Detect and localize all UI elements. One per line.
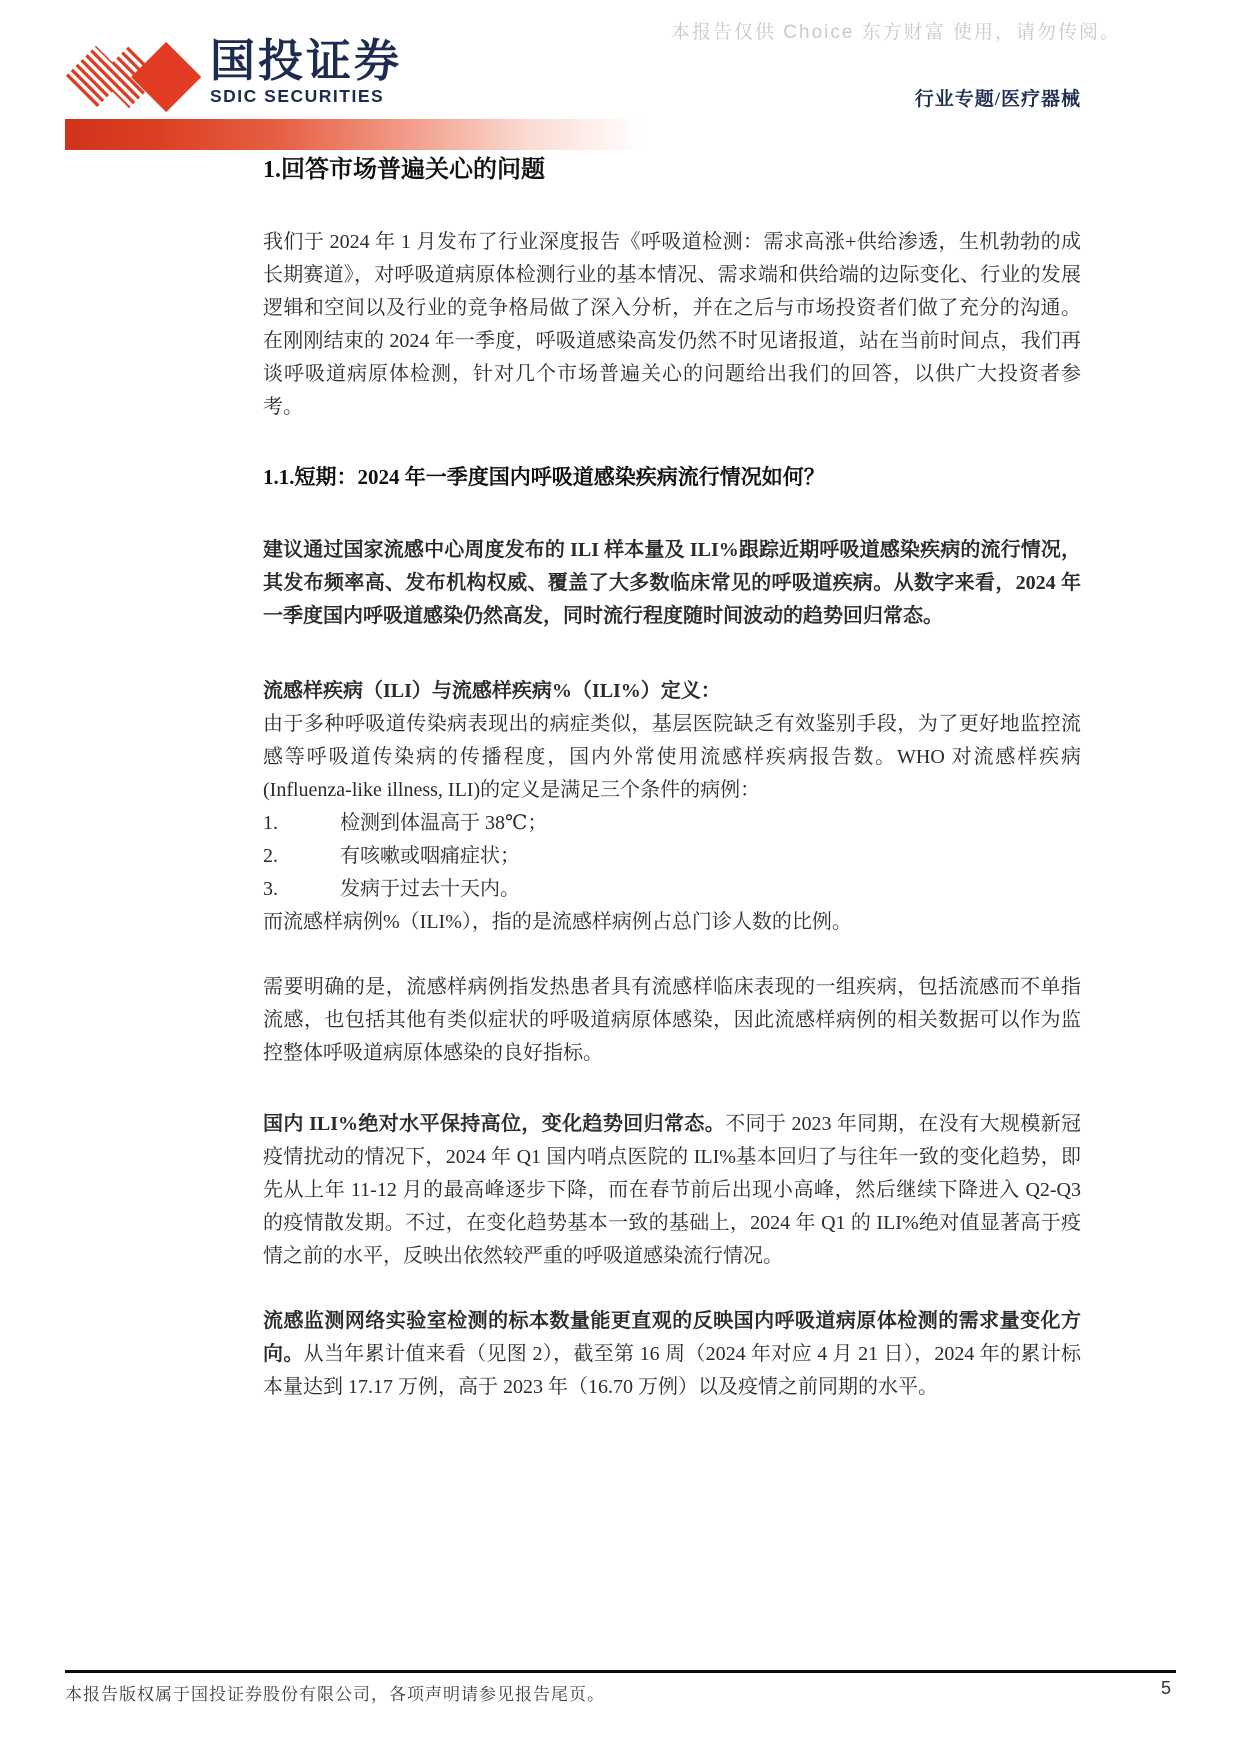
red-gradient-bar <box>65 119 662 150</box>
ili-criterion-2: 2.有咳嗽或咽痛症状； <box>263 840 1081 873</box>
page-number: 5 <box>1161 1678 1171 1699</box>
subsection-heading: 1.1.短期：2024 年一季度国内呼吸道感染疾病流行情况如何？ <box>263 462 1081 492</box>
paragraph-lead: 国内 ILI%绝对水平保持高位，变化趋势回归常态。 <box>263 1113 725 1135</box>
confidential-watermark: 本报告仅供 Choice 东方财富 使用，请勿传阅。 <box>671 17 1121 44</box>
paragraph-rest: 不同于 2023 年同期，在没有大规模新冠疫情扰动的情况下，2024 年 Q1 … <box>263 1113 1081 1267</box>
ili-percent-definition: 而流感样病例%（ILI%），指的是流感样病例占总门诊人数的比例。 <box>263 906 1081 939</box>
report-body: 1.回答市场普遍关心的问题 我们于 2024 年 1 月发布了行业深度报告《呼吸… <box>263 155 1081 1404</box>
ili-level-paragraph: 国内 ILI%绝对水平保持高位，变化趋势回归常态。不同于 2023 年同期，在没… <box>263 1108 1081 1273</box>
paragraph-rest: 从当年累计值来看（见图 2），截至第 16 周（2024 年对应 4 月 21 … <box>263 1343 1081 1398</box>
ili-definition-block: 流感样疾病（ILI）与流感样疾病%（ILI%）定义： 由于多种呼吸道传染病表现出… <box>263 675 1081 939</box>
logo-text: 国投证券 SDIC SECURITIES <box>210 38 402 107</box>
ili-definition-title: 流感样疾病（ILI）与流感样疾病%（ILI%）定义： <box>263 675 1081 708</box>
ili-criterion-3: 3.发病于过去十天内。 <box>263 873 1081 906</box>
logo-name-en: SDIC SECURITIES <box>210 86 402 107</box>
footer-divider <box>65 1670 1176 1673</box>
report-category: 行业专题/医疗器械 <box>915 84 1081 111</box>
footer-copyright: 本报告版权属于国投证券股份有限公司，各项声明请参见报告尾页。 <box>65 1680 605 1705</box>
ili-criterion-1: 1.检测到体温高于 38℃； <box>263 807 1081 840</box>
ili-definition-body: 由于多种呼吸道传染病表现出的病症类似，基层医院缺乏有效鉴别手段，为了更好地监控流… <box>263 708 1081 807</box>
intro-paragraph: 我们于 2024 年 1 月发布了行业深度报告《呼吸道检测：需求高涨+供给渗透，… <box>263 226 1081 424</box>
logo-diamonds-icon <box>64 36 202 116</box>
sample-volume-paragraph: 流感监测网络实验室检测的标本数量能更直观的反映国内呼吸道病原体检测的需求量变化方… <box>263 1305 1081 1404</box>
section-heading: 1.回答市场普遍关心的问题 <box>263 155 1081 186</box>
recommendation-paragraph: 建议通过国家流感中心周度发布的 ILI 样本量及 ILI%跟踪近期呼吸道感染疾病… <box>263 534 1081 633</box>
clarification-paragraph: 需要明确的是，流感样病例指发热患者具有流感样临床表现的一组疾病，包括流感而不单指… <box>263 971 1081 1070</box>
list-number: 3. <box>263 873 340 906</box>
list-number: 1. <box>263 807 340 840</box>
list-text: 有咳嗽或咽痛症状； <box>340 845 520 867</box>
logo-name-cn: 国投证券 <box>210 38 402 84</box>
list-number: 2. <box>263 840 340 873</box>
list-text: 检测到体温高于 38℃； <box>340 812 547 834</box>
report-page: 本报告仅供 Choice 东方财富 使用，请勿传阅。 国投证券 SDIC SEC… <box>0 0 1241 1755</box>
list-text: 发病于过去十天内。 <box>340 878 520 900</box>
company-logo: 国投证券 SDIC SECURITIES <box>64 36 402 116</box>
